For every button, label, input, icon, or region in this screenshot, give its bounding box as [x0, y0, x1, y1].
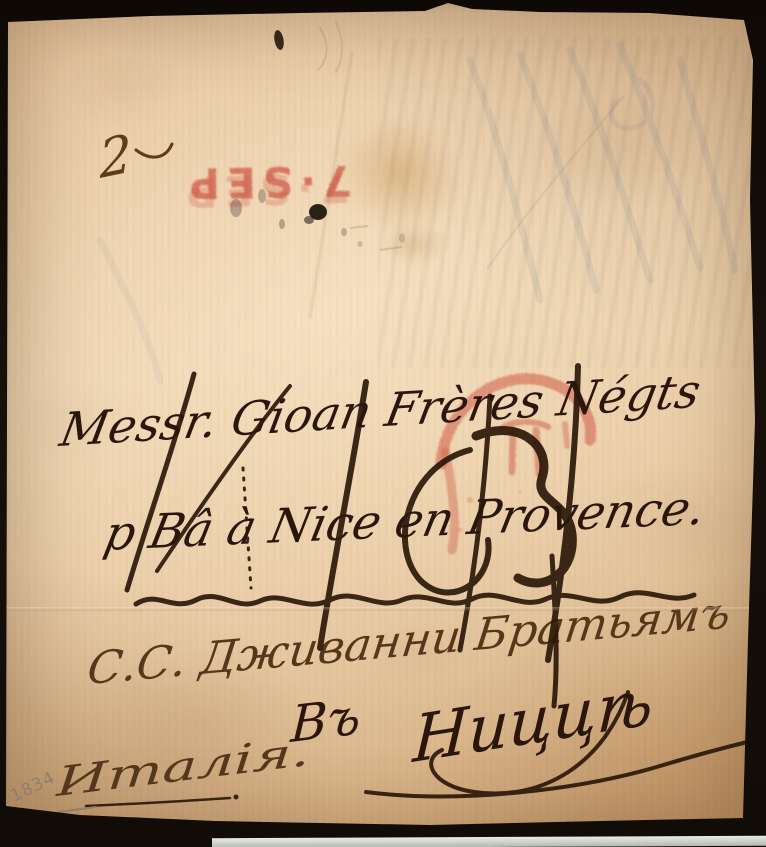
- scanner-mat-edge: [212, 836, 766, 847]
- address-french: Messr. Gioan Frères Négts p Bâ à Nice en…: [55, 365, 710, 562]
- ink-blot: [273, 29, 285, 50]
- red-letter-leg3: [565, 424, 567, 446]
- cyrillic-country: Италія.: [54, 728, 311, 807]
- horizontal-fold-crease: [0, 607, 766, 611]
- paraph-wavy-line: [136, 593, 694, 604]
- weight-mark: 2: [97, 123, 172, 192]
- country-underline-dot: [234, 795, 239, 800]
- cyrillic-city: Ниццѣ: [410, 664, 655, 778]
- letter-cover-paper: 2 7·SEP 7·SEP: [0, 0, 766, 847]
- writing-showthrough: [378, 38, 750, 368]
- weight-mark-text: 2: [97, 123, 132, 192]
- red-letter-leg1: [512, 430, 513, 472]
- address-line1: Messr. Gioan Frères Négts: [55, 365, 705, 458]
- pencil-year-text: 1834: [7, 768, 58, 807]
